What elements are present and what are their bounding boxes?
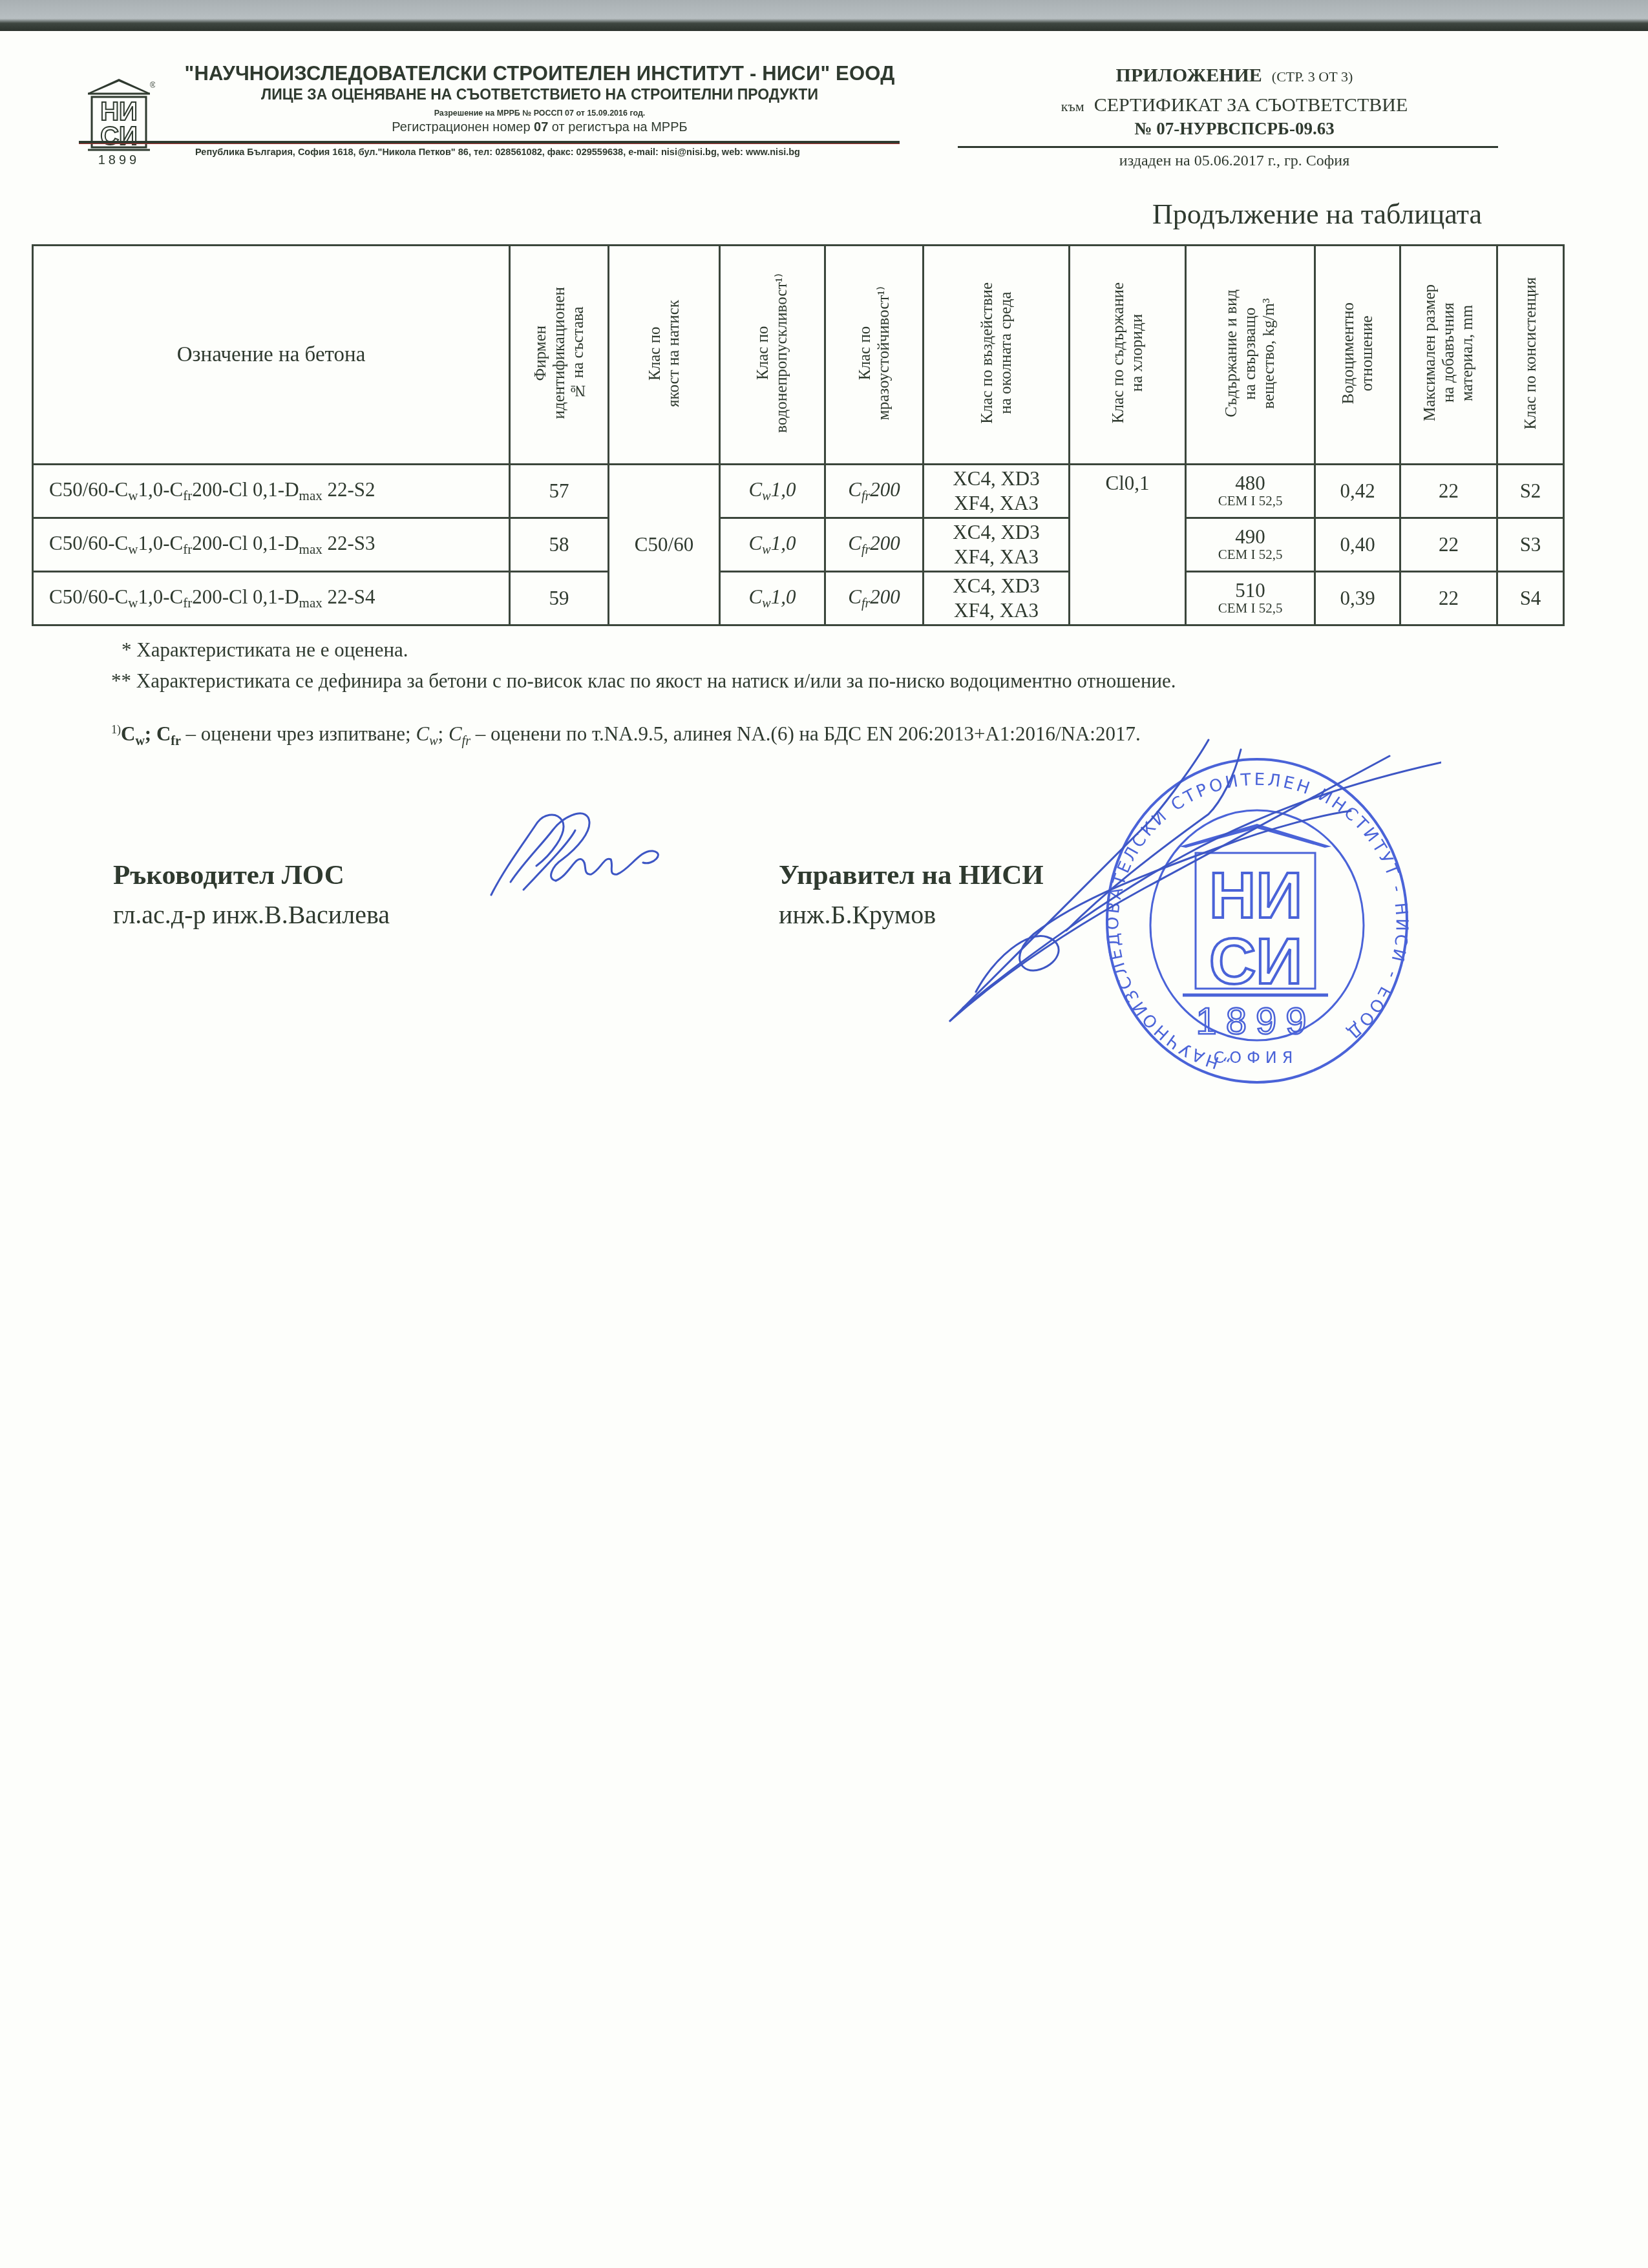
appendix-label: ПРИЛОЖЕНИЕ: [1116, 65, 1262, 86]
col-header-label: Клас по съдържаниена хлориди: [1109, 282, 1146, 423]
svg-text:СОФИЯ: СОФИЯ: [1214, 1049, 1298, 1067]
cell-designation: C50/60-Cw1,0-Cfr200-Cl 0,1-Dmax 22-S3: [33, 518, 510, 572]
signature-right-icon: [937, 737, 1441, 1034]
col-header-water: Клас поводонепропускливост¹⁾: [720, 246, 825, 465]
table-row: C50/60-Cw1,0-Cfr200-Cl 0,1-Dmax 22-S257C…: [33, 465, 1564, 518]
cell-frost-class: Cfr200: [825, 518, 924, 572]
col-header-dmax: Максимален размерна добавъчнияматериал, …: [1400, 246, 1497, 465]
cell-consistency: S4: [1497, 572, 1564, 625]
col-header-label: Клас по консистенция: [1521, 277, 1540, 430]
cell-consistency: S2: [1497, 465, 1564, 518]
cell-exposure: XC4, XD3XF4, XA3: [924, 465, 1070, 518]
page-info: (СТР. 3 ОТ 3): [1272, 68, 1353, 85]
cell-consistency: S3: [1497, 518, 1564, 572]
signatory-left-role: Ръководител ЛОС: [113, 859, 344, 891]
cell-frost-class: Cfr200: [825, 572, 924, 625]
signatory-right-name: инж.Б.Крумов: [779, 899, 936, 930]
appendix-title: ПРИЛОЖЕНИЕ (СТР. 3 ОТ 3): [969, 65, 1499, 87]
signature-left-icon: [485, 804, 679, 901]
scan-edge: [0, 0, 1648, 31]
concrete-table: Означение на бетона Фирменидентификацион…: [32, 244, 1565, 626]
col-header-label: Клас по въздействиена околната среда: [978, 282, 1015, 424]
table-header-row: Означение на бетона Фирменидентификацион…: [33, 246, 1564, 465]
signatory-left-name: гл.ас.д-р инж.В.Василева: [113, 899, 390, 930]
col-header-strength: Клас поякост на натиск: [609, 246, 720, 465]
cell-dmax: 22: [1400, 465, 1497, 518]
institute-registration: Регистрационен номер 07 от регистъра на …: [171, 120, 908, 135]
registration-suffix: от регистъра на МРРБ: [548, 120, 687, 134]
table-continued-label: Продължение на таблицата: [1034, 198, 1482, 231]
cell-binder: 510CEM I 52,5: [1186, 572, 1315, 625]
registration-number: 07: [534, 120, 548, 134]
certificate-label: към СЕРТИФИКАТ ЗА СЪОТВЕТСТВИЕ: [969, 94, 1499, 116]
appendix-rule: [958, 146, 1498, 148]
col-header-label: Водоциментноотношение: [1339, 302, 1377, 404]
certificate-title: СЕРТИФИКАТ ЗА СЪОТВЕТСТВИЕ: [1094, 94, 1408, 116]
cell-exposure: XC4, XD3XF4, XA3: [924, 518, 1070, 572]
table-row: C50/60-Cw1,0-Cfr200-Cl 0,1-Dmax 22-S459C…: [33, 572, 1564, 625]
col-header-wc-ratio: Водоциментноотношение: [1315, 246, 1400, 465]
col-header-id: Фирменидентификационен№ на състава: [510, 246, 609, 465]
footnote-defined: ** Характеристиката се дефинира за бетон…: [111, 663, 1501, 699]
institute-name: "НАУЧНОИЗСЛЕДОВАТЕЛСКИ СТРОИТЕЛЕН ИНСТИТ…: [171, 62, 908, 85]
cell-binder: 490CEM I 52,5: [1186, 518, 1315, 572]
cell-dmax: 22: [1400, 518, 1497, 572]
col-header-consistency: Клас по консистенция: [1497, 246, 1564, 465]
issue-date: издаден на 05.06.2017 г., гр. София: [969, 152, 1499, 170]
cell-strength-class: C50/60: [609, 465, 720, 625]
col-header-label: Клас помразоустойчивост¹⁾: [856, 286, 893, 420]
col-header-label: Клас поводонепропускливост¹⁾: [754, 273, 791, 433]
cell-id: 57: [510, 465, 609, 518]
cell-wc-ratio: 0,42: [1315, 465, 1400, 518]
cell-dmax: 22: [1400, 572, 1497, 625]
col-header-label: Съдържание и видна свързващовещество, kg…: [1222, 289, 1278, 417]
to-prefix: към: [1061, 98, 1084, 114]
cell-id: 59: [510, 572, 609, 625]
col-header-exposure: Клас по въздействиена околната среда: [924, 246, 1070, 465]
cell-designation: C50/60-Cw1,0-Cfr200-Cl 0,1-Dmax 22-S4: [33, 572, 510, 625]
cell-wc-ratio: 0,40: [1315, 518, 1400, 572]
col-header-chloride: Клас по съдържаниена хлориди: [1070, 246, 1186, 465]
col-header-designation: Означение на бетона: [33, 246, 510, 465]
cell-binder: 480CEM I 52,5: [1186, 465, 1315, 518]
col-header-frost: Клас помразоустойчивост¹⁾: [825, 246, 924, 465]
cell-water-class: Cw1,0: [720, 518, 825, 572]
institute-permit: Разрешение на МРРБ № РОССП 07 от 15.09.2…: [171, 109, 908, 118]
cell-designation: C50/60-Cw1,0-Cfr200-Cl 0,1-Dmax 22-S2: [33, 465, 510, 518]
col-header-label: Клас поякост на натиск: [646, 300, 683, 407]
registration-prefix: Регистрационен номер: [392, 120, 534, 134]
cell-water-class: Cw1,0: [720, 465, 825, 518]
col-header-binder: Съдържание и видна свързващовещество, kg…: [1186, 246, 1315, 465]
institute-role: ЛИЦЕ ЗА ОЦЕНЯВАНЕ НА СЪОТВЕТСТВИЕТО НА С…: [171, 86, 908, 103]
svg-text:®: ®: [150, 81, 155, 90]
cell-water-class: Cw1,0: [720, 572, 825, 625]
svg-text:СИ: СИ: [100, 122, 138, 151]
col-header-label: Означение на бетона: [177, 343, 366, 366]
cell-wc-ratio: 0,39: [1315, 572, 1400, 625]
certificate-number: № 07-НУРВСПСРБ-09.63: [969, 119, 1499, 139]
table-row: C50/60-Cw1,0-Cfr200-Cl 0,1-Dmax 22-S358C…: [33, 518, 1564, 572]
cell-frost-class: Cfr200: [825, 465, 924, 518]
col-header-label: Максимален размерна добавъчнияматериал, …: [1421, 284, 1477, 421]
footnote-marker: 1): [111, 723, 121, 736]
cell-chloride-class: Cl0,1: [1070, 465, 1186, 625]
footnote-not-assessed: * Характеристиката не е оценена.: [121, 638, 408, 662]
cell-id: 58: [510, 518, 609, 572]
letterhead-rule: [79, 141, 900, 144]
col-header-label: Фирменидентификационен№ на състава: [531, 287, 587, 419]
institute-address: Република България, София 1618, бул."Ник…: [97, 147, 898, 158]
cell-exposure: XC4, XD3XF4, XA3: [924, 572, 1070, 625]
